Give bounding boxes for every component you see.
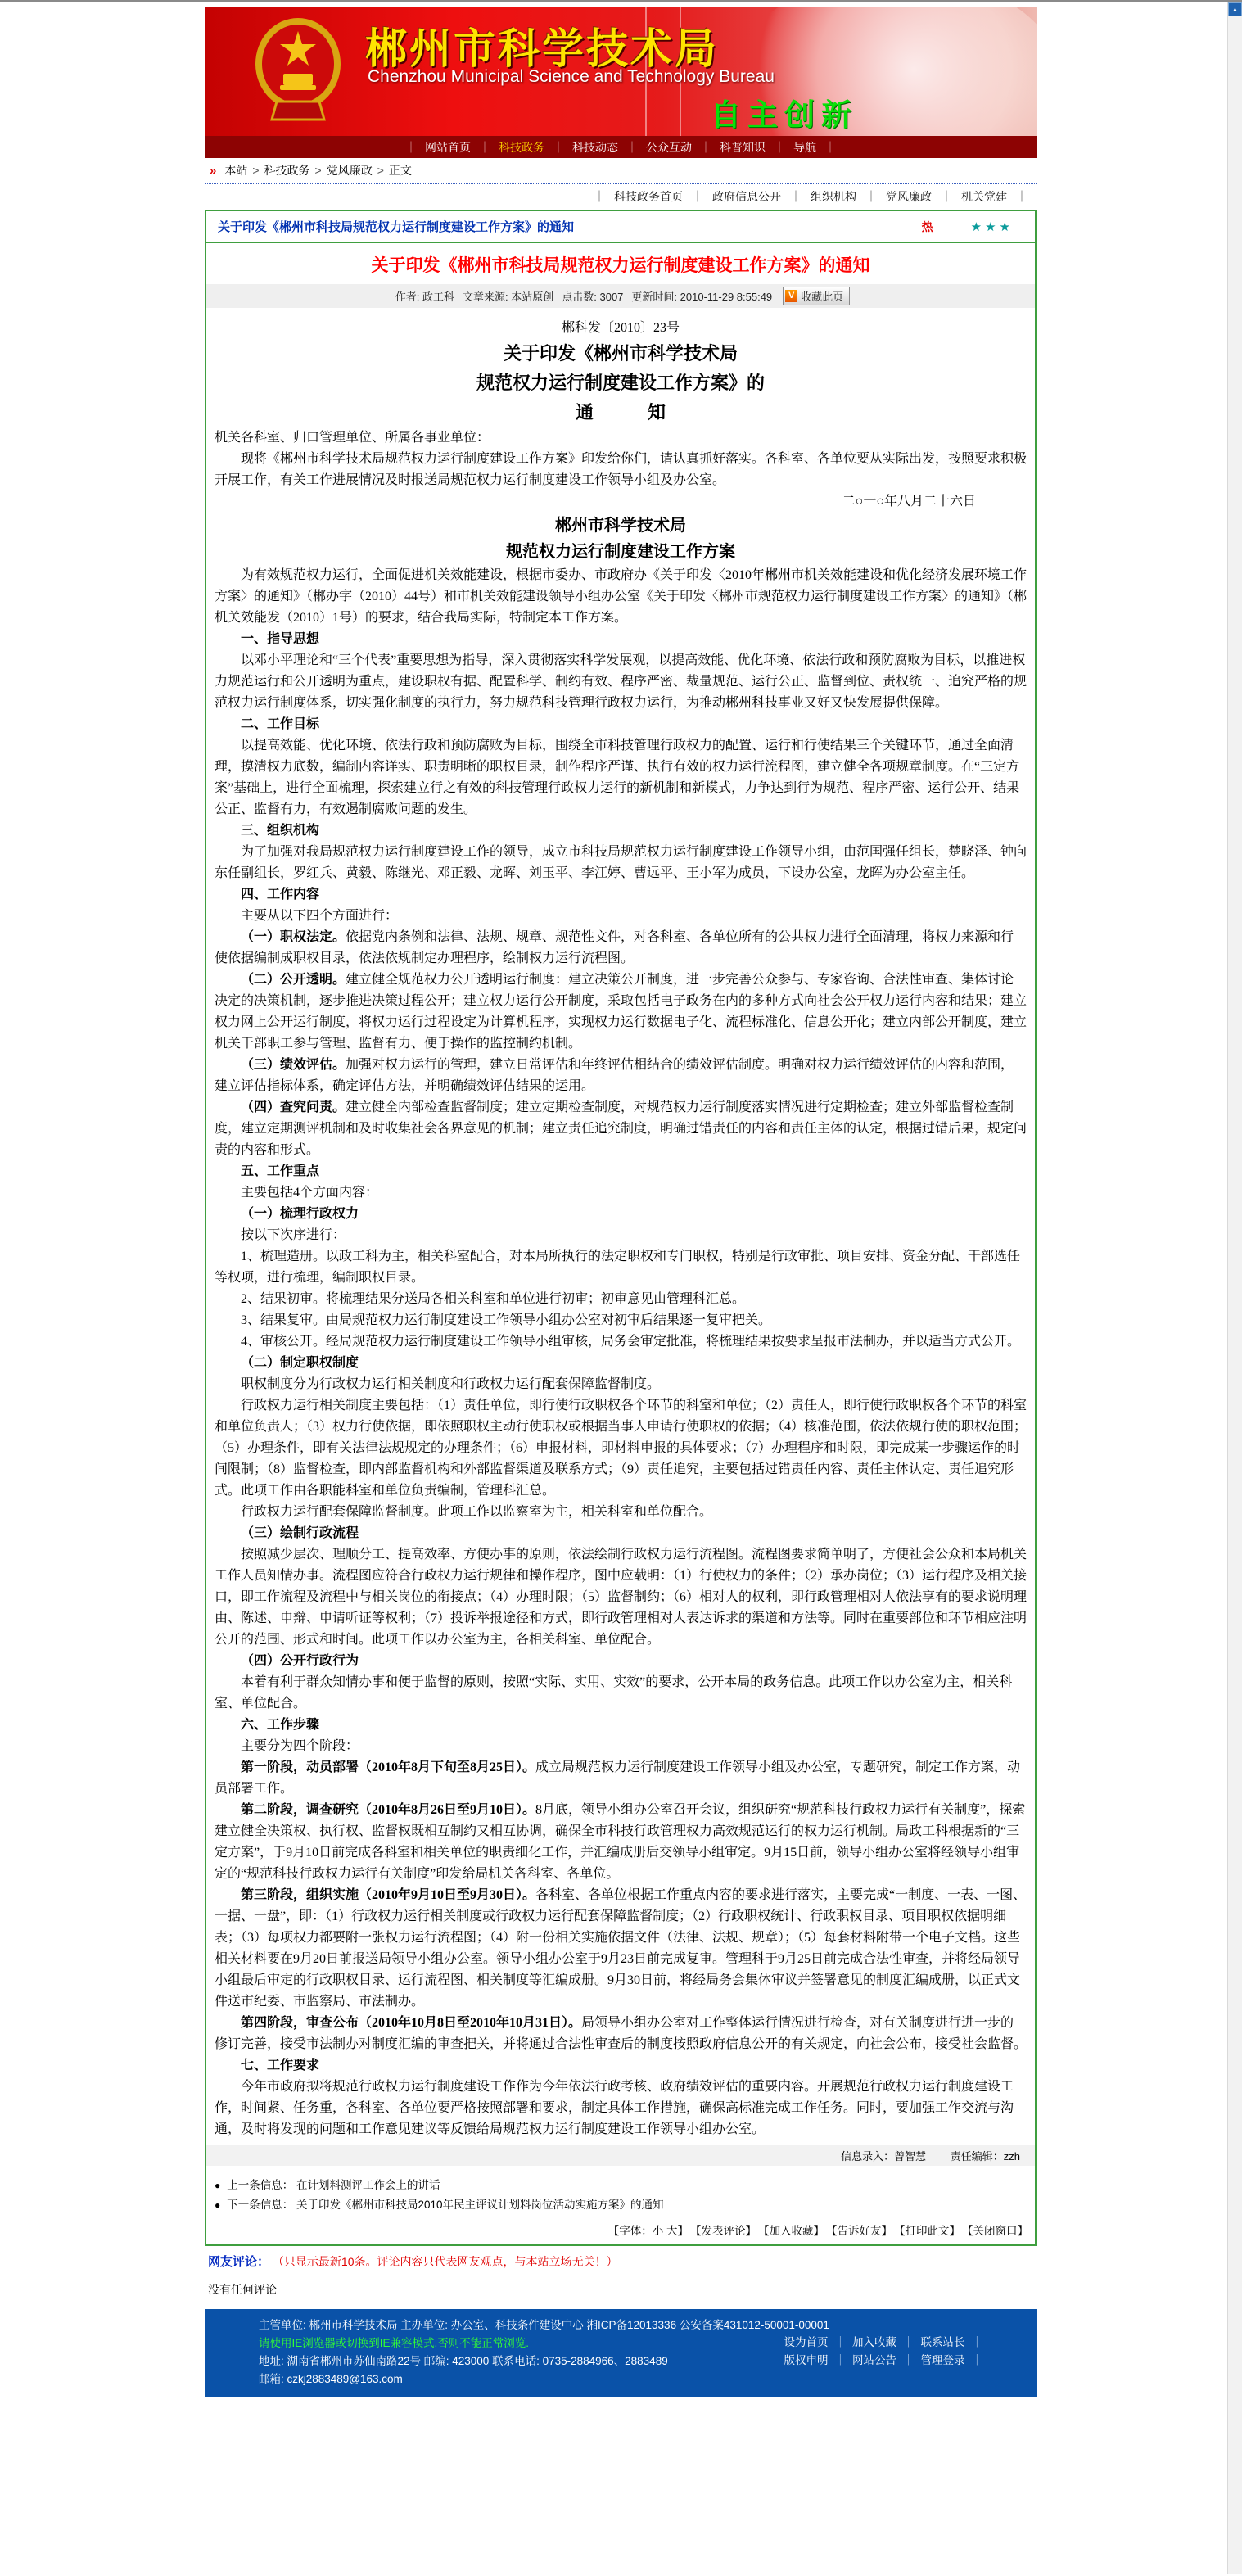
doc-docnum: 郴科发〔2010〕23号 [215,318,1027,339]
subnav-item-2[interactable]: 组织机构 [811,188,856,205]
doc-subheading: 郴州市科学技术局 规范权力运行制度建设工作方案 [215,513,1027,565]
doc-p: 本着有利于群众知情办事和便于监督的原则，按照“实际、实用、实效”的要求，公开本局… [215,1672,1027,1715]
breadcrumb-separator: > [252,164,259,177]
nav-separator: ｜ [824,139,836,156]
footer-link-联系站长[interactable]: 联系站长 [921,2336,965,2348]
doc-hsub: （三）绘制行政流程 [215,1523,1027,1544]
site-subtitle-en: Chenzhou Municipal Science and Technolog… [368,67,775,87]
doc-p: 主要包括4个方面内容： [215,1182,1027,1204]
action-item-2[interactable]: 【加入收藏】 [758,2221,824,2238]
doc-date: 二○一○年八月二十六日 [215,491,1027,513]
doc-p: 1、梳理造册。以政工科为主，相关科室配合，对本局所执行的法定职权和专门职权，特别… [215,1246,1027,1289]
footer-link-加入收藏[interactable]: 加入收藏 [852,2336,896,2348]
doc-p: 主要从以下四个方面进行： [215,906,1027,927]
footer-link-管理登录[interactable]: 管理登录 [921,2354,965,2366]
site-footer: 主管单位: 郴州市科学技术局 主办单位: 办公室、科技条件建设中心 湘ICP备1… [205,2309,1037,2397]
scroll-up-icon[interactable]: ▲ [1228,2,1242,16]
doc-hsub: （一）梳理行政权力 [215,1204,1027,1225]
record-info-bar: 信息录入：曾智慧 责任编辑：zzh [206,2145,1035,2166]
footer-link-separator: ｜ [972,2336,983,2348]
site-title: 郴州市科学技术局 [365,15,719,75]
footer-link-separator: ｜ [903,2336,915,2348]
doc-p: 职权制度分为行政权力运行相关制度和行政权力运行配套保障监督制度。 [215,1374,1027,1395]
article-list-title-bar: 关于印发《郴州市科技局规范权力运行制度建设工作方案》的通知 热 ★★★ [206,211,1035,243]
doc-paragraph-lead: 第四阶段，审查公布（2010年10月8日至2010年10月31日）。 [241,2016,581,2030]
breadcrumb-separator: > [377,164,384,177]
bullet-icon: ● [215,2199,220,2211]
doc-paragraph-lead: （三）绩效评估。 [241,1058,346,1072]
nav-item-1[interactable]: 科技政务 [499,139,544,156]
action-item-5[interactable]: 【关闭窗口】 [962,2221,1028,2238]
site-banner: 郴州市科学技术局 Chenzhou Municipal Science and … [205,7,1037,136]
editor: 责任编辑：zzh [951,2150,1020,2162]
bookmark-button[interactable]: V 收藏此页 [783,287,850,305]
doc-hsub: （四）公开行政行为 [215,1651,1027,1672]
doc-p: 按以下次序进行： [215,1225,1027,1246]
article-list-title[interactable]: 关于印发《郴州市科技局规范权力运行制度建设工作方案》的通知 [218,218,574,235]
doc-p: （四）查究问责。建立健全内部检查监督制度；建立定期检查制度，对规范权力运行制度落… [215,1097,1027,1161]
hot-badge: 热 [922,219,933,235]
subnav-separator: ｜ [594,188,605,205]
bullet-icon: ● [215,2180,220,2191]
next-title[interactable]: 关于印发《郴州市科技局2010年民主评议计划料岗位活动实施方案》的通知 [296,2199,664,2211]
doc-p: 行政权力运行相关制度主要包括：（1）责任单位，即行使行政职权各个环节的科室和单位… [215,1395,1027,1502]
article-actions: 【字体：小 大】【发表评论】【加入收藏】【告诉好友】【打印此文】【关闭窗口】 [206,2217,1035,2244]
footer-link-separator: ｜ [972,2354,983,2366]
meta-item-3: 更新时间: 2010-11-29 8:55:49 [631,291,772,303]
footer-link-版权申明[interactable]: 版权申明 [784,2354,829,2366]
article-title: 关于印发《郴州市科技局规范权力运行制度建设工作方案》的通知 [206,243,1035,284]
doc-h1: 二、工作目标 [215,714,1027,735]
doc-paragraph-lead: 第三阶段，组织实施（2010年9月10日至9月30日）。 [241,1888,535,1902]
page: { "header": { "title": "郴州市科学技术局", "subt… [0,0,1242,2576]
doc-h1: 七、工作要求 [215,2055,1027,2077]
breadcrumb-arrow-icon: » [210,164,216,178]
doc-p: 第三阶段，组织实施（2010年9月10日至9月30日）。各科室、各单位根据工作重… [215,1885,1027,2013]
action-item-0[interactable]: 【字体：小 大】 [608,2221,689,2238]
doc-p: 为有效规范权力运行，全面促进机关效能建设，根据市委办、市政府办《关于印发〈201… [215,565,1027,629]
main-nav: ｜网站首页｜科技政务｜科技动态｜公众互动｜科普知识｜导航｜ [205,136,1037,158]
doc-p: （二）公开透明。建立健全规范权力公开透明运行制度：建立决策公开制度，进一步完善公… [215,969,1027,1055]
doc-paragraph-lead: 第二阶段，调查研究（2010年8月26日至9月10日）。 [241,1803,535,1817]
doc-h1: 四、工作内容 [215,884,1027,906]
comments-label: 网友评论： [208,2255,269,2269]
nav-separator: ｜ [774,139,785,156]
national-emblem-logo [252,13,344,126]
bookmark-label: 收藏此页 [801,288,843,304]
footer-link-separator: ｜ [835,2336,847,2348]
meta-item-0: 作者: 政工科 [395,291,454,303]
doc-p: 为了加强对我局规范权力运行制度建设工作的领导，成立市科技局规范权力运行制度建设工… [215,842,1027,884]
breadcrumb-item-0[interactable]: 本站 [224,164,247,177]
subnav-item-4[interactable]: 机关党建 [961,188,1007,205]
doc-paragraph-lead: （一）职权法定。 [241,930,346,944]
nav-separator: ｜ [700,139,711,156]
nav-item-5[interactable]: 导航 [793,139,816,156]
breadcrumb-item-2[interactable]: 党风廉政 [327,164,373,177]
nav-item-3[interactable]: 公众互动 [646,139,692,156]
footer-link-设为首页[interactable]: 设为首页 [784,2336,829,2348]
next-article-link[interactable]: ●下一条信息： 关于印发《郴州市科技局2010年民主评议计划料岗位活动实施方案》… [213,2195,1032,2212]
meta-item-1: 文章来源: 本站原创 [463,291,553,303]
subnav-item-1[interactable]: 政府信息公开 [712,188,781,205]
nav-separator: ｜ [626,139,638,156]
doc-p: 第二阶段，调查研究（2010年8月26日至9月10日）。8月底，领导小组办公室召… [215,1800,1027,1885]
prev-label: 上一条信息： [227,2179,293,2191]
nav-item-0[interactable]: 网站首页 [425,139,471,156]
entry-by: 信息录入：曾智慧 [841,2150,926,2162]
subnav-item-0[interactable]: 科技政务首页 [614,188,683,205]
prev-title[interactable]: 在计划料测评工作会上的讲话 [296,2179,440,2191]
doc-paragraph-lead: 第一阶段，动员部署（2010年8月下旬至8月25日）。 [241,1760,535,1774]
rating-stars: ★★★ [971,219,1014,234]
channel-subnav: ｜科技政务首页｜政府信息公开｜组织机构｜党风廉政｜机关党建｜ [205,184,1037,207]
nav-item-4[interactable]: 科普知识 [720,139,766,156]
doc-p: 第四阶段，审查公布（2010年10月8日至2010年10月31日）。局领导小组办… [215,2013,1027,2055]
doc-p: 现将《郴州市科学技术局规范权力运行制度建设工作方案》印发给你们，请认真抓好落实。… [215,449,1027,491]
doc-h1: 六、工作步骤 [215,1715,1027,1736]
article-box: 关于印发《郴州市科技局规范权力运行制度建设工作方案》的通知 热 ★★★ 关于印发… [205,210,1037,2246]
doc-paragraph-lead: （二）公开透明。 [241,973,346,987]
subnav-separator: ｜ [692,188,703,205]
prev-article-link[interactable]: ●上一条信息： 在计划料测评工作会上的讲话 [213,2176,1032,2192]
doc-p: 4、审核公开。经局规范权力运行制度建设工作领导小组审核，局务会审定批准，将梳理结… [215,1331,1027,1353]
doc-h1: 一、指导思想 [215,629,1027,650]
comments-note: （只显示最新10条。评论内容只代表网友观点，与本站立场无关！） [273,2255,618,2268]
scrollbar[interactable]: ▲ [1227,2,1242,2574]
subnav-separator: ｜ [1016,188,1027,205]
document-body: 郴科发〔2010〕23号关于印发《郴州市科学技术局 规范权力运行制度建设工作方案… [206,308,1035,2145]
doc-p: 今年市政府拟将规范行政权力运行制度建设工作作为今年依法行政考核、政府绩效评估的重… [215,2077,1027,2140]
footer-sponsor-line: 主管单位: 郴州市科学技术局 主办单位: 办公室、科技条件建设中心 湘ICP备1… [259,2316,1020,2334]
doc-p: 行政权力运行配套保障监督制度。此项工作以监察室为主，相关科室和单位配合。 [215,1502,1027,1523]
doc-p: （一）职权法定。依据党内条例和法律、法规、规章、规范性文件，对各科室、各单位所有… [215,927,1027,969]
action-item-3[interactable]: 【告诉好友】 [826,2221,892,2238]
doc-p: 主要分为四个阶段： [215,1736,1027,1757]
breadcrumb: »本站>科技政务>党风廉政>正文 [205,158,1037,181]
comments-section: 网友评论： （只显示最新10条。评论内容只代表网友观点，与本站立场无关！） 没有… [205,2246,1037,2303]
footer-link-网站公告[interactable]: 网站公告 [852,2354,896,2366]
doc-p: 3、结果复审。由局规范权力运行制度建设工作领导小组办公室对初审后结果逐一复审把关… [215,1310,1027,1331]
subnav-separator: ｜ [790,188,802,205]
nav-separator: ｜ [479,139,490,156]
breadcrumb-item-3[interactable]: 正文 [389,164,412,177]
footer-email-line: 邮箱: czkj2883489@163.com [259,2370,1020,2388]
comments-empty: 没有任何评论 [208,2281,1033,2298]
nav-item-2[interactable]: 科技动态 [572,139,618,156]
footer-link-separator: ｜ [835,2354,847,2366]
subnav-separator: ｜ [941,188,952,205]
doc-hsub: （二）制定职权制度 [215,1353,1027,1374]
footer-links: 设为首页｜加入收藏｜联系站长｜ 版权申明｜网站公告｜管理登录｜ [784,2334,990,2370]
doc-h1: 五、工作重点 [215,1161,1027,1182]
doc-p: （三）绩效评估。加强对权力运行的管理，建立日常评估和年终评估相结合的绩效评估制度… [215,1055,1027,1097]
doc-p: 第一阶段，动员部署（2010年8月下旬至8月25日）。成立局规范权力运行制度建设… [215,1757,1027,1800]
prev-next-block: ●上一条信息： 在计划料测评工作会上的讲话 ●下一条信息： 关于印发《郴州市科技… [206,2166,1035,2217]
nav-separator: ｜ [553,139,564,156]
doc-p: 2、结果初审。将梳理结果分送局各相关科室和单位进行初审；初审意见由管理科汇总。 [215,1289,1027,1310]
meta-item-2: 点击数: 3007 [562,291,623,303]
doc-p: 以邓小平理论和“三个代表”重要思想为指导，深入贯彻落实科学发展观，以提高效能、优… [215,650,1027,714]
doc-h1: 三、组织机构 [215,820,1027,842]
breadcrumb-item-1[interactable]: 科技政务 [264,164,310,177]
doc-p: 以提高效能、优化环境、依法行政和预防腐败为目标，围绕全市科技管理行政权力的配置、… [215,735,1027,820]
subnav-separator: ｜ [865,188,877,205]
nav-separator: ｜ [405,139,417,156]
doc-paragraph-lead: （四）查究问责。 [241,1100,346,1114]
banner-slogan: 自主创新 [711,90,858,134]
bookmark-v-icon: V [785,290,797,302]
page-column: 郴州市科学技术局 Chenzhou Municipal Science and … [205,7,1037,2397]
next-label: 下一条信息： [227,2199,293,2211]
doc-p: 按照减少层次、理顺分工、提高效率、方便办事的原则，依法绘制行政权力运行流程图。流… [215,1544,1027,1651]
action-item-1[interactable]: 【发表评论】 [690,2221,756,2238]
subnav-item-3[interactable]: 党风廉政 [886,188,932,205]
footer-link-separator: ｜ [903,2354,915,2366]
action-item-4[interactable]: 【打印此文】 [894,2221,960,2238]
breadcrumb-separator: > [315,164,322,177]
article-meta-bar: 作者: 政工科文章来源: 本站原创点击数: 3007更新时间: 2010-11-… [206,284,1035,308]
doc-docheading: 关于印发《郴州市科学技术局 规范权力运行制度建设工作方案》的 通 知 [215,339,1027,427]
doc-salute: 机关各科室、归口管理单位、所属各事业单位： [215,427,1027,449]
